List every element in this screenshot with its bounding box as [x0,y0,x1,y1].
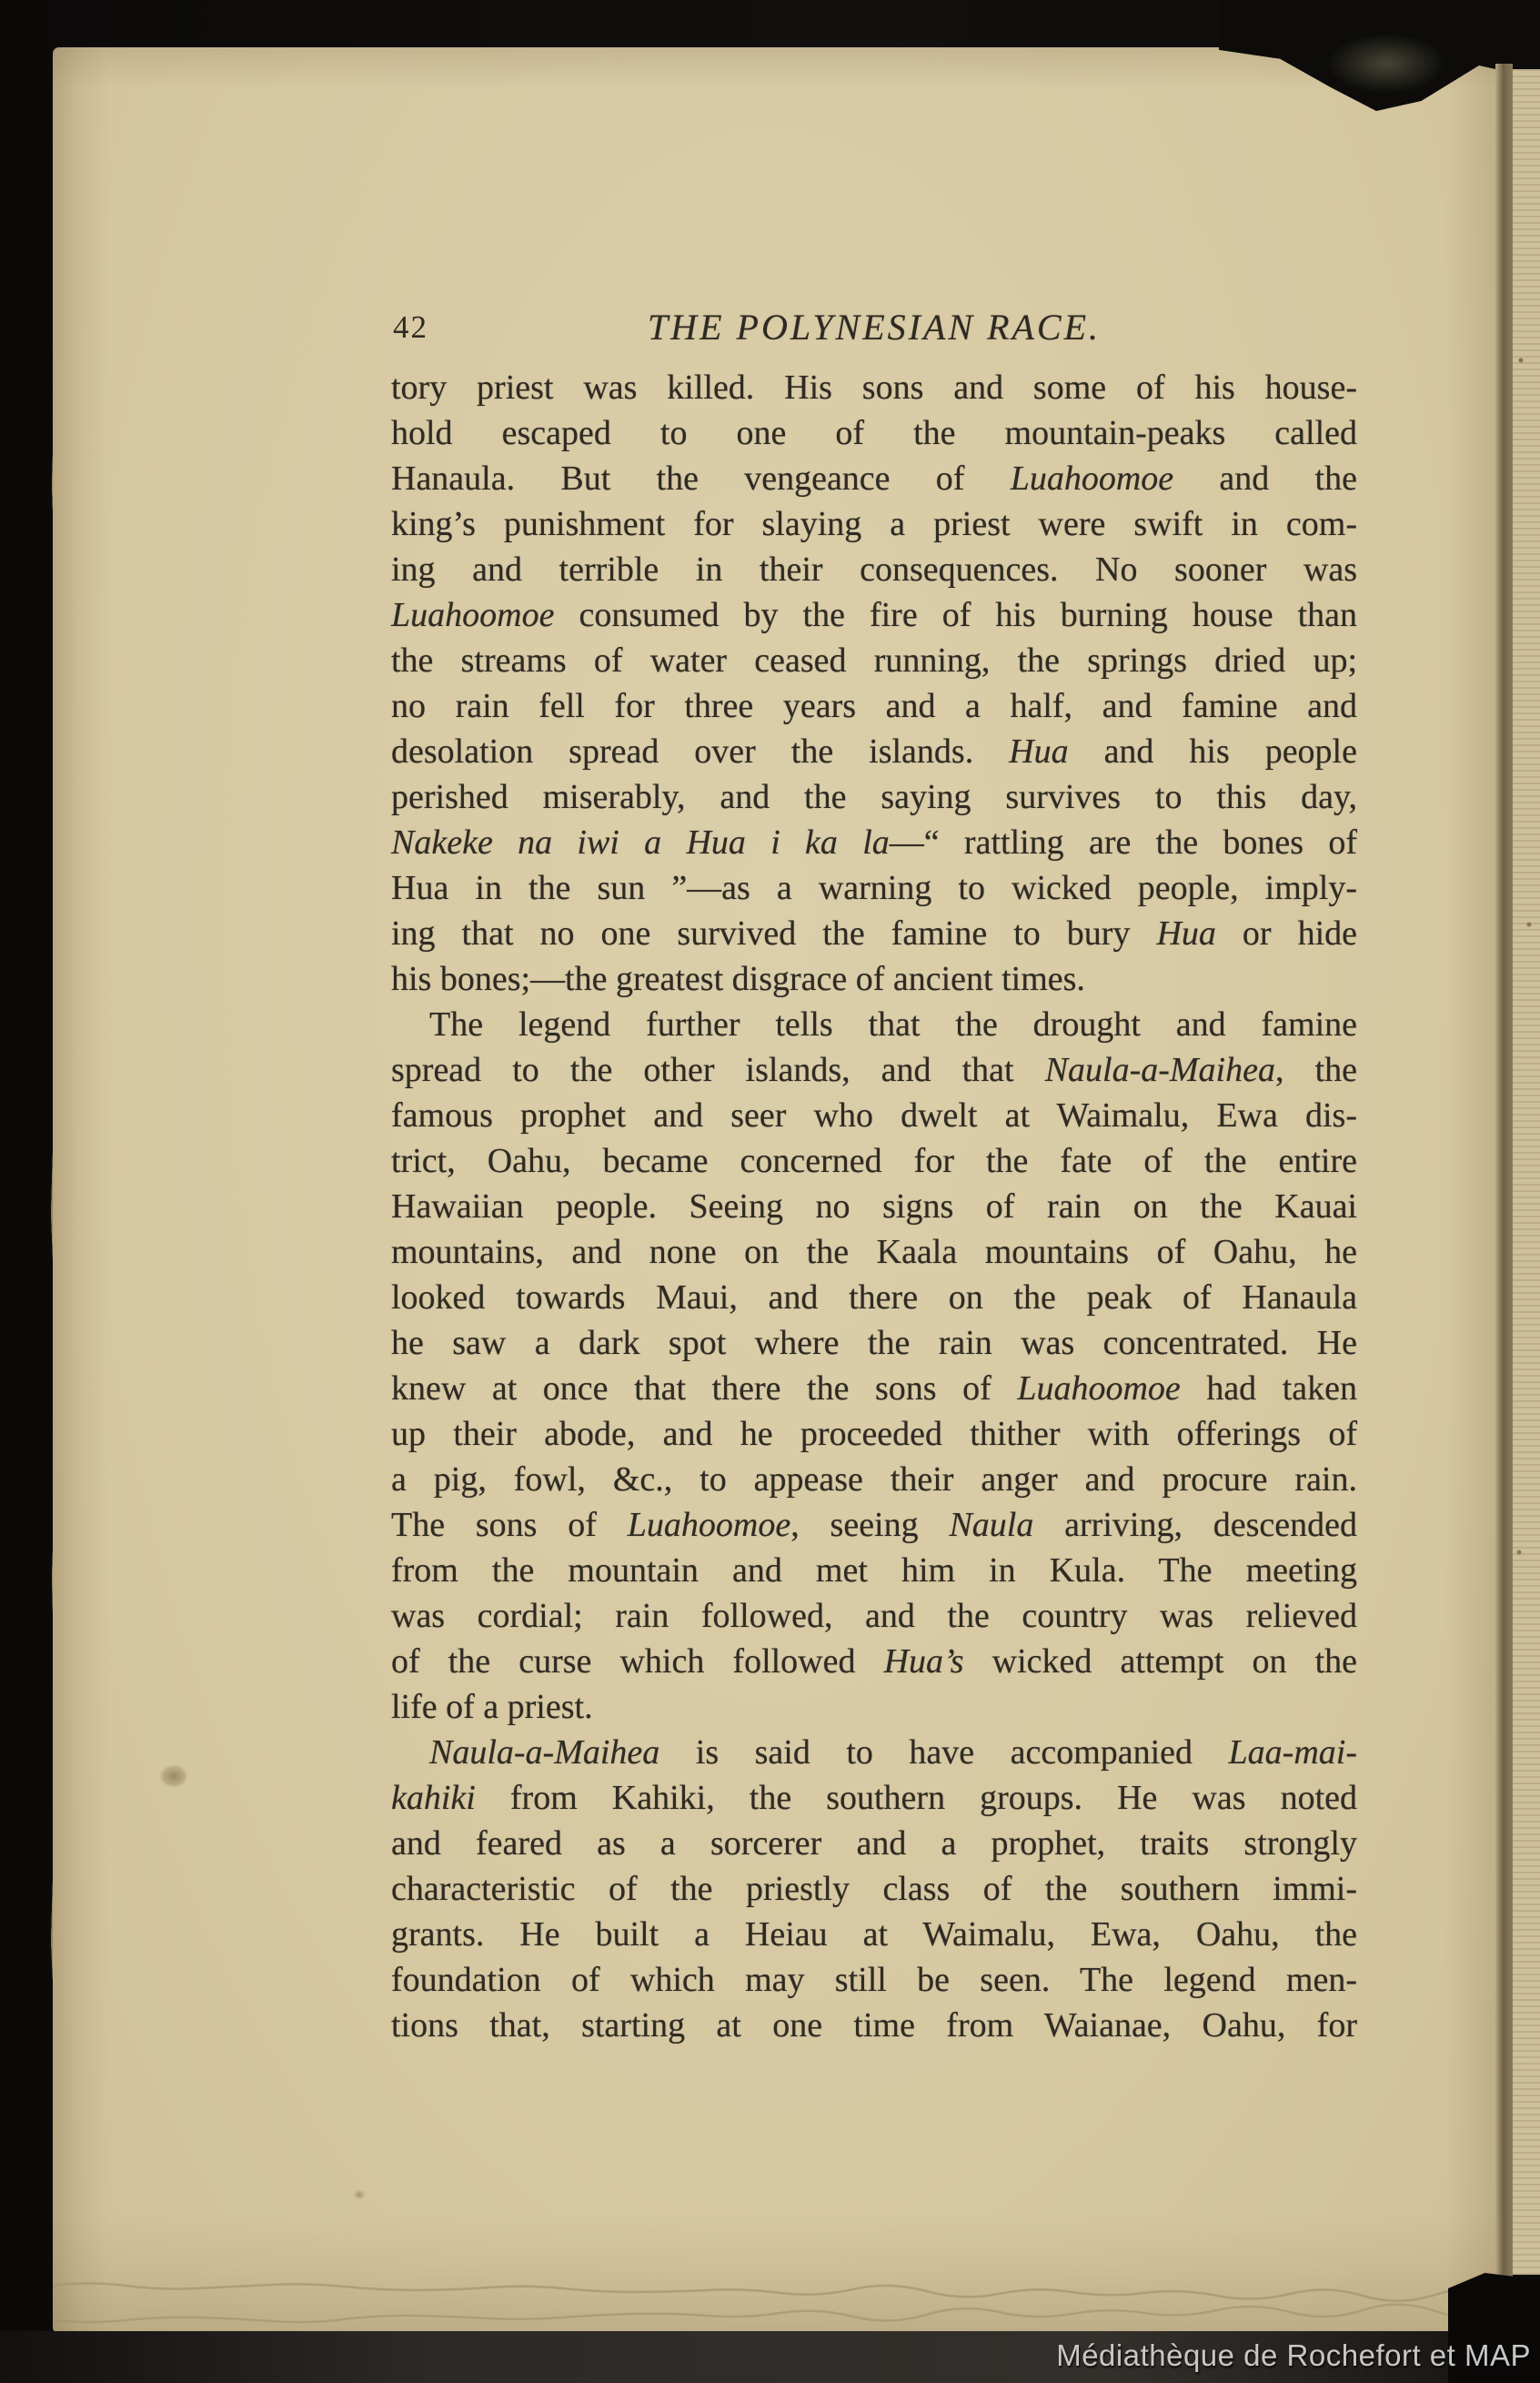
scanner-smudge [1328,35,1444,93]
running-head: 42 THE POLYNESIAN RACE. [391,306,1357,351]
paragraph: tory priest was killed. His sons and som… [391,365,1357,1002]
text-line: he saw a dark spot where the rain was co… [391,1320,1357,1366]
damp-stain-lines [53,2267,1497,2333]
text-line: and feared as a sorcerer and a prophet, … [391,1821,1357,1866]
text-line: Luahoomoe consumed by the fire of his bu… [391,592,1357,638]
text-line: was cordial; rain followed, and the coun… [391,1593,1357,1639]
text-line: famous prophet and seer who dwelt at Wai… [391,1093,1357,1138]
text-line: mountains, and none on the Kaala mountai… [391,1229,1357,1275]
body-text: tory priest was killed. His sons and som… [391,365,1357,2048]
text-line: Hanaula. But the vengeance of Luahoomoe … [391,456,1357,501]
text-line: up their abode, and he proceeded thither… [391,1411,1357,1457]
text-line: desolation spread over the islands. Hua … [391,729,1357,774]
text-line: The sons of Luahoomoe, seeing Naula arri… [391,1502,1357,1548]
italic-phrase: Luahoomoe [628,1506,790,1544]
text-line: Hua in the sun ”—as a warning to wicked … [391,865,1357,911]
italic-phrase: Luahoomoe [1017,1369,1180,1408]
library-watermark: Médiathèque de Rochefort et MAP [1056,2338,1531,2373]
foxing-stain-small [353,2189,366,2200]
text-line: Hawaiian people. Seeing no signs of rain… [391,1184,1357,1229]
text-line: from the mountain and met him in Kula. T… [391,1548,1357,1593]
text-line: looked towards Maui, and there on the pe… [391,1275,1357,1320]
italic-phrase: Naula-a-Maihea [429,1733,659,1772]
page-gutter-shadow [1495,64,1513,2280]
text-line: Nakeke na iwi a Hua i ka la—“ rattling a… [391,820,1357,865]
text-line: the streams of water ceased running, the… [391,638,1357,683]
text-line: kahiki from Kahiki, the southern groups.… [391,1775,1357,1821]
italic-phrase: Naula-a-Maihea [1045,1051,1275,1089]
text-line: tions that, starting at one time from Wa… [391,2003,1357,2048]
paragraph: Naula-a-Maihea is said to have accompani… [391,1730,1357,2048]
text-line: foundation of which may still be seen. T… [391,1957,1357,2003]
italic-phrase: Luahoomoe [1011,459,1173,498]
text-line: ing that no one survived the famine to b… [391,911,1357,956]
text-line: perished miserably, and the saying survi… [391,774,1357,820]
text-line: spread to the other islands, and that Na… [391,1047,1357,1093]
paragraph: The legend further tells that the drough… [391,1002,1357,1730]
book-page: 42 THE POLYNESIAN RACE. tory priest was … [53,47,1497,2333]
italic-phrase: Luahoomoe [391,596,554,634]
italic-phrase: Hua [1009,732,1068,771]
italic-phrase: Laa-mai- [1229,1733,1357,1772]
text-line: no rain fell for three years and a half,… [391,683,1357,729]
italic-phrase: Hua’s [884,1642,964,1681]
text-line: life of a priest. [391,1684,1357,1730]
italic-phrase: kahiki [391,1779,476,1817]
text-line: his bones;—the greatest disgrace of anci… [391,956,1357,1002]
running-title: THE POLYNESIAN RACE. [391,306,1357,348]
text-line: knew at once that there the sons of Luah… [391,1366,1357,1411]
text-line: a pig, fowl, &c., to appease their anger… [391,1457,1357,1502]
text-line: trict, Oahu, became concerned for the fa… [391,1138,1357,1184]
text-line: Naula-a-Maihea is said to have accompani… [391,1730,1357,1775]
italic-phrase: Hua [1156,914,1215,953]
italic-phrase: Naula [949,1506,1033,1544]
text-line: tory priest was killed. His sons and som… [391,365,1357,410]
text-line: characteristic of the priestly class of … [391,1866,1357,1912]
text-line: of the curse which followed Hua’s wicked… [391,1639,1357,1684]
foxing-stain [160,1765,187,1787]
italic-phrase: Nakeke na iwi a Hua i ka la [391,823,890,862]
text-line: ing and terrible in their consequences. … [391,547,1357,592]
adjacent-page-fore-edge [1513,69,1540,2275]
text-line: hold escaped to one of the mountain-peak… [391,410,1357,456]
page-number: 42 [393,309,428,346]
text-line: The legend further tells that the drough… [391,1002,1357,1047]
text-line: king’s punishment for slaying a priest w… [391,501,1357,547]
scanned-book-page-photo: 42 THE POLYNESIAN RACE. tory priest was … [0,0,1540,2383]
text-line: grants. He built a Heiau at Waimalu, Ewa… [391,1912,1357,1957]
